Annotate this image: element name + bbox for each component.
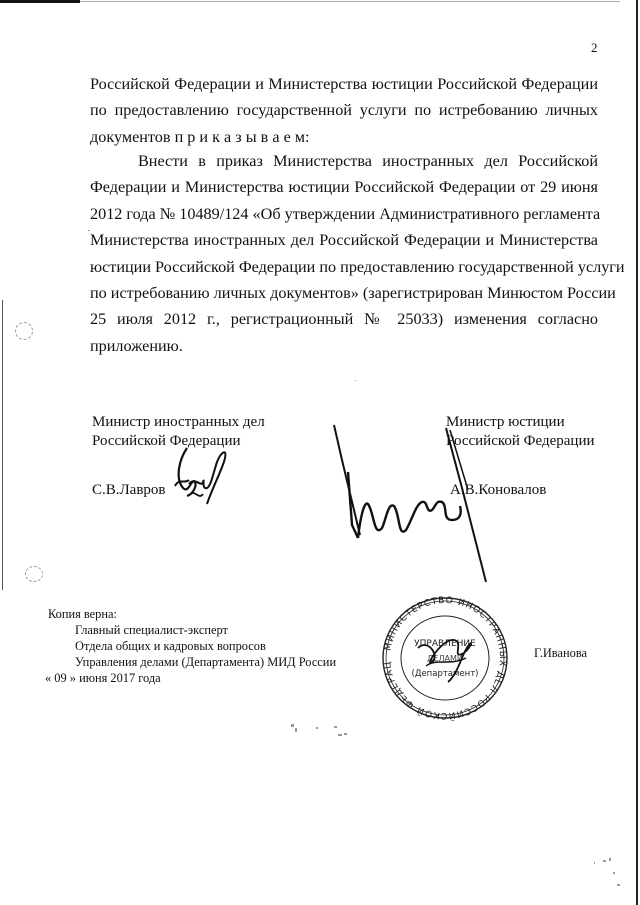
scan-noise [0,0,640,905]
